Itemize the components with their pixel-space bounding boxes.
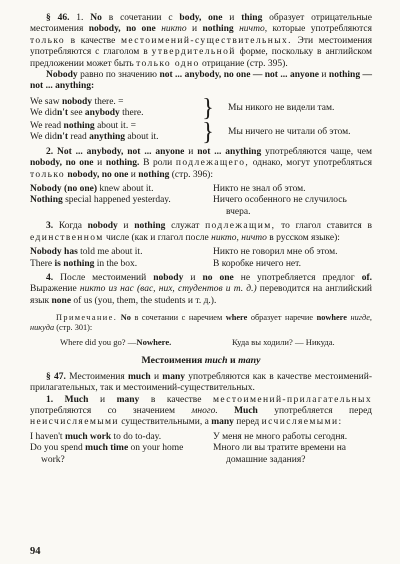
example-table: Nobody (no one) knew about it. Никто не … bbox=[30, 184, 372, 218]
russian-translation: В коробке ничего нет. bbox=[213, 259, 372, 270]
textbook-page: § 46. 1. No в сочетании с body, one и th… bbox=[0, 0, 400, 564]
english-example: There is nothing in the box. bbox=[30, 259, 213, 270]
para-46-3: 3. Когда nobody и nothing служат подлежа… bbox=[30, 221, 372, 244]
english-example-pair: We read nothing about it. = We didn't re… bbox=[30, 121, 198, 144]
example-table: I haven't much work to do to-day. У меня… bbox=[30, 432, 372, 466]
english-example: We saw nobody there. = bbox=[30, 97, 198, 108]
example-row: Nothing special happened yesterday. Ниче… bbox=[30, 195, 372, 218]
example-row: There is nothing in the box. В коробке н… bbox=[30, 259, 372, 270]
russian-translation: У меня не много работы сегодня. bbox=[213, 432, 372, 443]
para-46-4: 4. После местоимений nobody и no one не … bbox=[30, 273, 372, 307]
para-46-equivalence: Nobody равно по значению not ... anybody… bbox=[30, 70, 372, 93]
english-example: I haven't much work to do to-day. bbox=[30, 432, 213, 443]
english-example: We didn't read anything about it. bbox=[30, 132, 198, 143]
russian-translation: Никто не говорил мне об этом. bbox=[213, 247, 372, 258]
curly-brace-icon: } bbox=[198, 96, 218, 120]
russian-translation: Много ли вы тратите времени на домашние … bbox=[213, 443, 372, 466]
english-example: Nothing special happened yesterday. bbox=[30, 195, 213, 218]
english-example: Where did you go? —Nowhere. bbox=[30, 337, 232, 347]
english-example: We read nothing about it. = bbox=[30, 121, 198, 132]
curly-brace-icon: } bbox=[198, 120, 218, 144]
brace-example-group: We saw nobody there. = We didn't see any… bbox=[30, 97, 372, 144]
example-row: I haven't much work to do to-day. У меня… bbox=[30, 432, 372, 443]
page-number: 94 bbox=[30, 546, 41, 557]
example-row: Nobody (no one) knew about it. Никто не … bbox=[30, 184, 372, 195]
para-46-2: 2. Not ... anybody, not ... anyone и not… bbox=[30, 147, 372, 181]
example-row: Nobody has told me about it. Никто не го… bbox=[30, 247, 372, 258]
example-table: Nobody has told me about it. Никто не го… bbox=[30, 247, 372, 270]
para-47-intro: § 47. Местоимения much и many употребляю… bbox=[30, 372, 372, 395]
note-paragraph: Примечание. No в сочетании с наречием wh… bbox=[30, 313, 372, 333]
para-47-1: 1. Much и many в качестве местоимений-пр… bbox=[30, 395, 372, 429]
example-pair: We read nothing about it. = We didn't re… bbox=[30, 121, 372, 144]
english-example-pair: We saw nobody there. = We didn't see any… bbox=[30, 97, 198, 120]
russian-translation: Мы ничего не читали об этом. bbox=[218, 127, 372, 138]
russian-translation: Куда вы ходили? — Никуда. bbox=[232, 337, 372, 347]
english-example: Nobody (no one) knew about it. bbox=[30, 184, 213, 195]
english-example: Do you spend much time on your home work… bbox=[30, 443, 213, 466]
section-heading: Местоимения much и many bbox=[30, 355, 372, 367]
russian-translation: Ничего особенного не случилось вчера. bbox=[213, 195, 372, 218]
para-46-1: § 46. 1. No в сочетании с body, one и th… bbox=[30, 13, 372, 70]
english-example: We didn't see anybody there. bbox=[30, 108, 198, 119]
example-pair: We saw nobody there. = We didn't see any… bbox=[30, 97, 372, 120]
russian-translation: Мы никого не видели там. bbox=[218, 103, 372, 114]
english-example: Nobody has told me about it. bbox=[30, 247, 213, 258]
note-example-row: Where did you go? —Nowhere. Куда вы ходи… bbox=[30, 337, 372, 347]
russian-translation: Никто не знал об этом. bbox=[213, 184, 372, 195]
example-row: Do you spend much time on your home work… bbox=[30, 443, 372, 466]
